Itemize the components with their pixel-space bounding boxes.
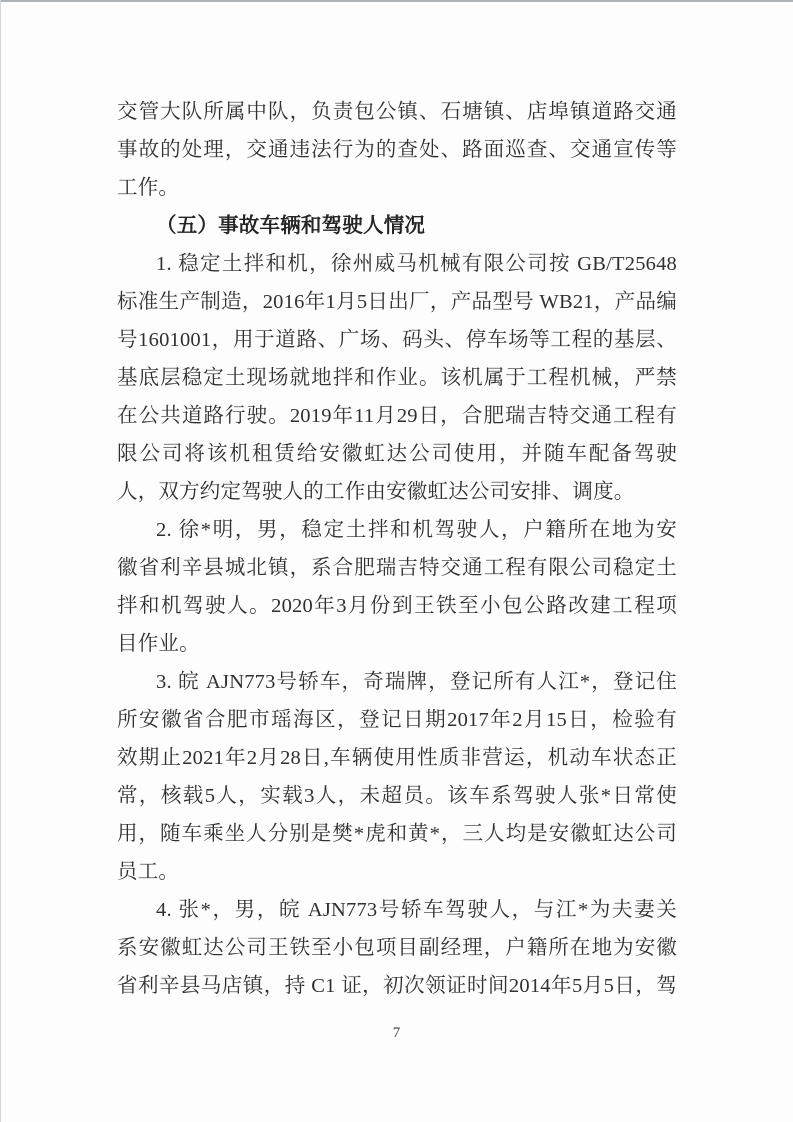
page-number: 7: [393, 1025, 401, 1041]
body-text-line: 1. 稳定土拌和机，徐州威马机械有限公司按 GB/T25648: [117, 245, 677, 283]
scan-left-edge-line: [0, 0, 1, 1122]
section-heading: （五）事故车辆和驾驶人情况: [117, 207, 677, 245]
body-text-line: 效期止2021年2月28日,车辆使用性质非营运，机动车状态正: [117, 739, 677, 777]
body-text-line: 员工。: [117, 853, 677, 891]
body-text-line: 所安徽省合肥市瑶海区，登记日期2017年2月15日，检验有: [117, 701, 677, 739]
body-text-line: 标准生产制造，2016年1月5日出厂，产品型号 WB21，产品编: [117, 283, 677, 321]
body-text-line: 目作业。: [117, 625, 677, 663]
body-text-line: 号1601001，用于道路、广场、码头、停车场等工程的基层、: [117, 321, 677, 359]
body-text-line: 用，随车乘坐人分别是樊*虎和黄*，三人均是安徽虹达公司: [117, 815, 677, 853]
document-page: { "document": { "body_lines": [ "交管大队所属中…: [0, 0, 793, 1122]
scan-top-edge-line: [0, 0, 793, 2]
body-text-line: 交管大队所属中队，负责包公镇、石塘镇、店埠镇道路交通: [117, 93, 677, 131]
document-body: 交管大队所属中队，负责包公镇、石塘镇、店埠镇道路交通 事故的处理，交通违法行为的…: [117, 93, 677, 1005]
body-text-line: 2. 徐*明，男，稳定土拌和机驾驶人，户籍所在地为安: [117, 511, 677, 549]
body-text-line: 拌和机驾驶人。2020年3月份到王铁至小包公路改建工程项: [117, 587, 677, 625]
body-text-line: 系安徽虹达公司王铁至小包项目副经理，户籍所在地为安徽: [117, 929, 677, 967]
page-footer: 7: [0, 1022, 793, 1044]
body-text-line: 3. 皖 AJN773号轿车，奇瑞牌，登记所有人江*，登记住: [117, 663, 677, 701]
body-text-line: 常，核载5人，实载3人，未超员。该车系驾驶人张*日常使: [117, 777, 677, 815]
body-text-line: 徽省利辛县城北镇，系合肥瑞吉特交通工程有限公司稳定土: [117, 549, 677, 587]
body-text-line: 省利辛县马店镇，持 C1 证，初次领证时间2014年5月5日，驾: [117, 967, 677, 1005]
body-text-line: 基底层稳定土现场就地拌和作业。该机属于工程机械，严禁: [117, 359, 677, 397]
body-text-line: 在公共道路行驶。2019年11月29日，合肥瑞吉特交通工程有: [117, 397, 677, 435]
body-text-line: 4. 张*，男，皖 AJN773号轿车驾驶人，与江*为夫妻关系，: [117, 891, 677, 929]
body-text-line: 工作。: [117, 169, 677, 207]
body-text-line: 事故的处理，交通违法行为的查处、路面巡查、交通宣传等: [117, 131, 677, 169]
body-text-line: 人，双方约定驾驶人的工作由安徽虹达公司安排、调度。: [117, 473, 677, 511]
body-text-line: 限公司将该机租赁给安徽虹达公司使用，并随车配备驾驶: [117, 435, 677, 473]
